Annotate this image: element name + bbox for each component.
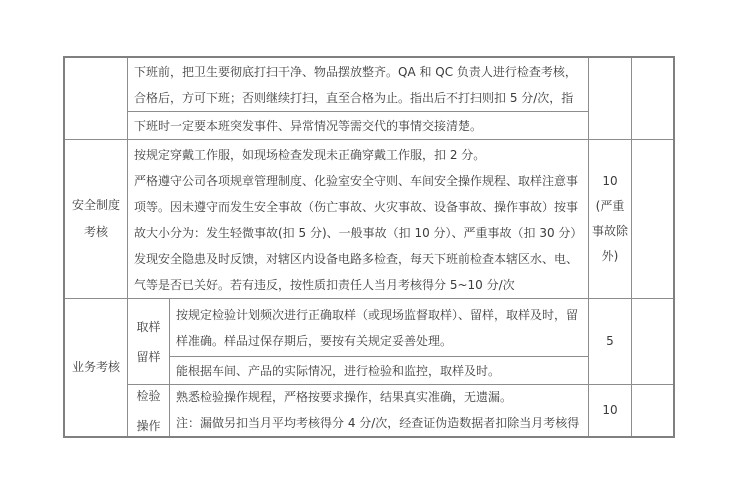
- subsection-inspection: 检验 操作 熟悉检验操作规程，严格按要求操作，结果真实准确，无遗漏。 注：漏做另…: [128, 384, 673, 436]
- table-row: 熟悉检验操作规程，严格按要求操作，结果真实准确，无遗漏。: [176, 385, 582, 411]
- remark-cell-inspection: [631, 385, 673, 436]
- category-cell-business: 业务考核: [65, 299, 128, 436]
- category-cell-safety: 安全制度 考核: [65, 140, 128, 298]
- table-row: 发现安全隐患及时反馈，对辖区内设备电路多检查，每天下班前检查本辖区水、电、气等是…: [134, 246, 582, 298]
- table-row: 严格遵守公司各项规章管理制度、化验室安全守则、车间安全操作规程、取样注意事项等。…: [134, 168, 582, 246]
- subcategory-cell-inspection: 检验 操作: [128, 385, 170, 436]
- content-cell-handover: 下班前，把卫生要彻底打扫干净、物品摆放整齐。QA 和 QC 负责人进行检查考核，…: [128, 58, 588, 139]
- section-handover: 下班前，把卫生要彻底打扫干净、物品摆放整齐。QA 和 QC 负责人进行检查考核，…: [65, 58, 673, 139]
- remark-cell-safety: [631, 140, 673, 298]
- table-row: 下班前，把卫生要彻底打扫干净、物品摆放整齐。QA 和 QC 负责人进行检查考核，…: [128, 58, 588, 112]
- assessment-table: 下班前，把卫生要彻底打扫干净、物品摆放整齐。QA 和 QC 负责人进行检查考核，…: [63, 56, 675, 438]
- table-row: 按规定检验计划频次进行正确取样（或现场监督取样）、留样，取样及时，留样准确。样品…: [170, 299, 588, 357]
- table-row: 按规定穿戴工作服，如现场检查发现未正确穿戴工作服，扣 2 分。: [134, 142, 582, 168]
- remark-cell-handover: [631, 58, 673, 139]
- subcategory-cell-sampling: 取样 留样: [128, 299, 170, 384]
- subsection-sampling: 取样 留样 按规定检验计划频次进行正确取样（或现场监督取样）、留样，取样及时，留…: [128, 299, 673, 384]
- score-cell-handover: [588, 58, 631, 139]
- score-cell-inspection: 10: [588, 385, 631, 436]
- score-cell-safety: 10 (严重 事故除 外): [588, 140, 631, 298]
- score-cell-sampling: 5: [588, 299, 631, 384]
- content-cell-inspection: 熟悉检验操作规程，严格按要求操作，结果真实准确，无遗漏。 注：漏做另扣当月平均考…: [170, 385, 588, 436]
- content-cell-safety: 按规定穿戴工作服，如现场检查发现未正确穿戴工作服，扣 2 分。 严格遵守公司各项…: [128, 140, 588, 298]
- category-cell-empty: [65, 58, 128, 139]
- section-safety: 安全制度 考核 按规定穿戴工作服，如现场检查发现未正确穿戴工作服，扣 2 分。 …: [65, 139, 673, 298]
- business-subsections: 取样 留样 按规定检验计划频次进行正确取样（或现场监督取样）、留样，取样及时，留…: [128, 299, 673, 436]
- content-cell-sampling: 按规定检验计划频次进行正确取样（或现场监督取样）、留样，取样及时，留样准确。样品…: [170, 299, 588, 384]
- document-page: 下班前，把卫生要彻底打扫干净、物品摆放整齐。QA 和 QC 负责人进行检查考核，…: [0, 0, 732, 500]
- remark-cell-sampling: [631, 299, 673, 384]
- section-business: 业务考核 取样 留样 按规定检验计划频次进行正确取样（或现场监督取样）、留样，取…: [65, 298, 673, 436]
- table-row: 能根据车间、产品的实际情况，进行检验和监控，取样及时。: [170, 357, 588, 383]
- table-row: 下班时一定要本班突发事件、异常情况等需交代的事情交接清楚。: [128, 112, 588, 138]
- table-row: 注：漏做另扣当月平均考核得分 4 分/次，经查证伪造数据者扣除当月考核得分 40…: [176, 411, 582, 437]
